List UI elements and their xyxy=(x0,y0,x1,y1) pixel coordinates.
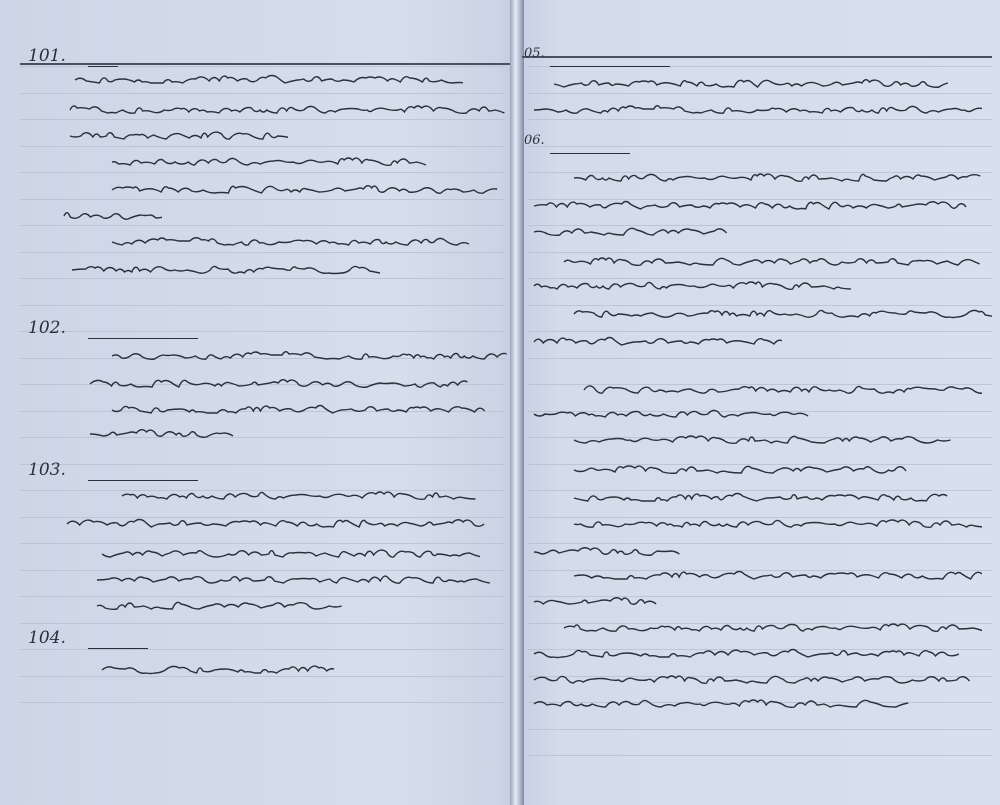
handwritten-line xyxy=(95,570,495,586)
ruled-line xyxy=(20,93,505,94)
ruled-line xyxy=(20,649,505,650)
handwritten-line xyxy=(572,304,992,320)
section-number: 103. xyxy=(28,460,66,480)
left-page: 101.102.103.104. xyxy=(0,0,512,805)
handwritten-line xyxy=(562,252,982,268)
handwritten-line xyxy=(110,346,510,362)
ruled-line xyxy=(527,119,992,120)
handwritten-line xyxy=(65,514,485,530)
ruled-line xyxy=(20,146,505,147)
handwritten-line xyxy=(572,488,952,504)
handwritten-line xyxy=(532,542,682,558)
handwritten-line xyxy=(572,460,912,476)
handwritten-line xyxy=(532,196,972,212)
handwritten-line xyxy=(88,374,468,390)
handwritten-line xyxy=(532,592,662,608)
section-number: 06. xyxy=(524,133,545,148)
handwritten-line xyxy=(110,152,430,168)
handwritten-line xyxy=(110,232,470,248)
ruled-line xyxy=(20,172,505,173)
handwritten-line xyxy=(110,400,490,416)
handwritten-line xyxy=(532,404,812,420)
handwritten-line xyxy=(572,566,982,582)
section-heading-underline xyxy=(550,135,630,154)
ruled-line xyxy=(20,119,505,120)
handwritten-line xyxy=(572,514,982,530)
section-number: 104. xyxy=(28,628,66,648)
ruled-line xyxy=(20,252,505,253)
ruled-line xyxy=(527,93,992,94)
handwritten-line xyxy=(532,276,852,292)
handwritten-line xyxy=(582,380,982,396)
handwritten-line xyxy=(532,222,732,238)
section-number: 102. xyxy=(28,318,66,338)
ruled-line xyxy=(20,305,505,306)
ruled-line xyxy=(20,676,505,677)
ruled-line xyxy=(527,729,992,730)
ruled-line xyxy=(20,199,505,200)
handwritten-line xyxy=(572,430,952,446)
handwritten-line xyxy=(95,596,345,612)
section-number: 101. xyxy=(28,46,66,66)
section-number: 05. xyxy=(524,46,545,61)
section-heading-underline xyxy=(550,48,670,67)
ruled-line xyxy=(20,225,505,226)
handwritten-line xyxy=(100,660,340,676)
ruled-line xyxy=(20,702,505,703)
section-heading-underline xyxy=(88,630,148,649)
ruled-line xyxy=(20,278,505,279)
section-heading-underline xyxy=(88,48,118,67)
handwritten-line xyxy=(88,424,238,440)
ruled-line xyxy=(527,358,992,359)
handwritten-line xyxy=(68,126,288,142)
handwritten-line xyxy=(532,332,782,348)
handwritten-line xyxy=(562,618,982,634)
handwritten-line xyxy=(572,168,982,184)
handwritten-line xyxy=(120,486,480,502)
right-page: 05.06. xyxy=(522,0,1000,805)
ruled-line xyxy=(527,755,992,756)
handwritten-line xyxy=(552,74,952,90)
handwritten-line xyxy=(532,100,982,116)
handwritten-line xyxy=(532,694,912,710)
handwritten-line xyxy=(68,100,508,116)
ruled-line xyxy=(20,623,505,624)
handwritten-line xyxy=(100,544,480,560)
handwritten-line xyxy=(62,206,162,222)
section-heading-underline xyxy=(88,320,198,339)
handwritten-line xyxy=(532,644,962,660)
notebook-spread: 101.102.103.104. 05.06. xyxy=(0,0,1000,805)
handwritten-line xyxy=(532,670,972,686)
handwritten-line xyxy=(73,70,463,86)
section-heading-underline xyxy=(88,462,198,481)
handwritten-line xyxy=(70,260,380,276)
handwritten-line xyxy=(110,180,500,196)
